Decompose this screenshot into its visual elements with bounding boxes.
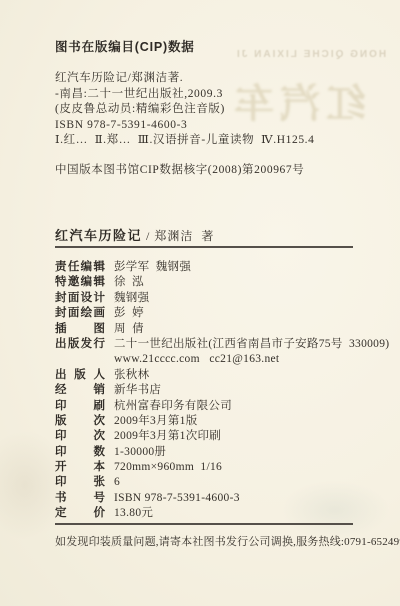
colophon-row-value: 彭 婷 [114,307,144,319]
colophon-row: 责任编辑彭学军 魏钢强 [55,258,389,273]
cip-line: 红汽车历险记/郑渊洁著. [55,71,315,87]
colophon-row: 印次2009年3月第1次印刷 [55,427,389,442]
colophon-row-value: 魏钢强 [114,292,149,304]
colophon-row-value: 新华书店 [114,384,161,396]
colophon-row: 开本720mm×960mm 1/16 [55,458,389,473]
colophon-row-value: 杭州富春印务有限公司 [114,400,232,412]
cip-data-block: 红汽车历险记/郑渊洁著.-南昌:二十一世纪出版社,2009.3(皮皮鲁总动员:精… [55,71,315,149]
colophon-row: 定价13.80元 [55,504,389,519]
colophon-row: 出版发行二十一世纪出版社(江西省南昌市子安路75号 330009) [55,335,389,350]
colophon-row: 印数1-30000册 [55,443,389,458]
colophon-row: 印张6 [55,473,389,488]
cip-line: Ⅰ.红… Ⅱ.郑… Ⅲ.汉语拼音-儿童读物 Ⅳ.H125.4 [55,133,315,149]
colophon-row-value: 1-30000册 [114,446,166,458]
book-title-line: 红汽车历险记 / 郑渊洁 著 [55,225,214,245]
colophon-row-value: www.21cccc.com cc21@163.net [114,353,279,365]
colophon-row: 经销新华书店 [55,381,389,396]
colophon-row: www.21cccc.com cc21@163.net [55,350,389,365]
colophon-row-value: 周 倩 [114,323,144,335]
colophon-row-value: 6 [114,476,120,488]
colophon-row: 出版人张秋林 [55,366,389,381]
colophon-row-value: ISBN 978-7-5391-4600-3 [114,492,240,504]
colophon-row: 封面绘画彭 婷 [55,304,389,319]
cip-line: -南昌:二十一世纪出版社,2009.3 [55,87,315,103]
colophon-row: 封面设计魏钢强 [55,289,389,304]
book-author: / 郑渊洁 著 [142,229,214,243]
quality-notice: 如发现印装质量问题,请寄本社图书发行公司调换,服务热线:0791-6524997 [55,533,400,549]
colophon-row-value: 彭学军 魏钢强 [114,261,191,273]
cip-heading: 图书在版编目(CIP)数据 [55,37,195,55]
divider-rule-top [55,246,353,248]
colophon-row: 书号ISBN 978-7-5391-4600-3 [55,489,389,504]
colophon-row-label: 定价 [55,506,105,521]
showthrough-pinyin-text: HONG QICHE LIXIAN JI [235,49,386,60]
cip-line: ISBN 978-7-5391-4600-3 [55,118,315,134]
colophon-row-value: 2009年3月第1次印刷 [114,430,221,442]
cip-line: (皮皮鲁总动员:精编彩色注音版) [55,102,315,118]
colophon-row-value: 720mm×960mm 1/16 [114,461,222,473]
colophon-row-value: 二十一世纪出版社(江西省南昌市子安路75号 330009) [114,338,389,350]
colophon-row-value: 13.80元 [114,507,153,519]
colophon-row: 插图周 倩 [55,320,389,335]
book-title: 红汽车历险记 [55,228,142,243]
colophon-row-value: 2009年3月第1版 [114,415,198,427]
colophon: 责任编辑彭学军 魏钢强特邀编辑徐 泓封面设计魏钢强封面绘画彭 婷插图周 倩出版发… [55,258,389,520]
copyright-page: HONG QICHE LIXIAN JI 红汽车 图书在版编目(CIP)数据 红… [0,0,400,606]
colophon-row: 印刷杭州富春印务有限公司 [55,397,389,412]
colophon-row-value: 徐 泓 [114,276,144,288]
colophon-row-value: 张秋林 [114,369,149,381]
cip-record-number: 中国版本图书馆CIP数据核字(2008)第200967号 [55,161,304,177]
colophon-row: 特邀编辑徐 泓 [55,273,389,288]
colophon-row: 版次2009年3月第1版 [55,412,389,427]
divider-rule-bottom [55,523,353,525]
